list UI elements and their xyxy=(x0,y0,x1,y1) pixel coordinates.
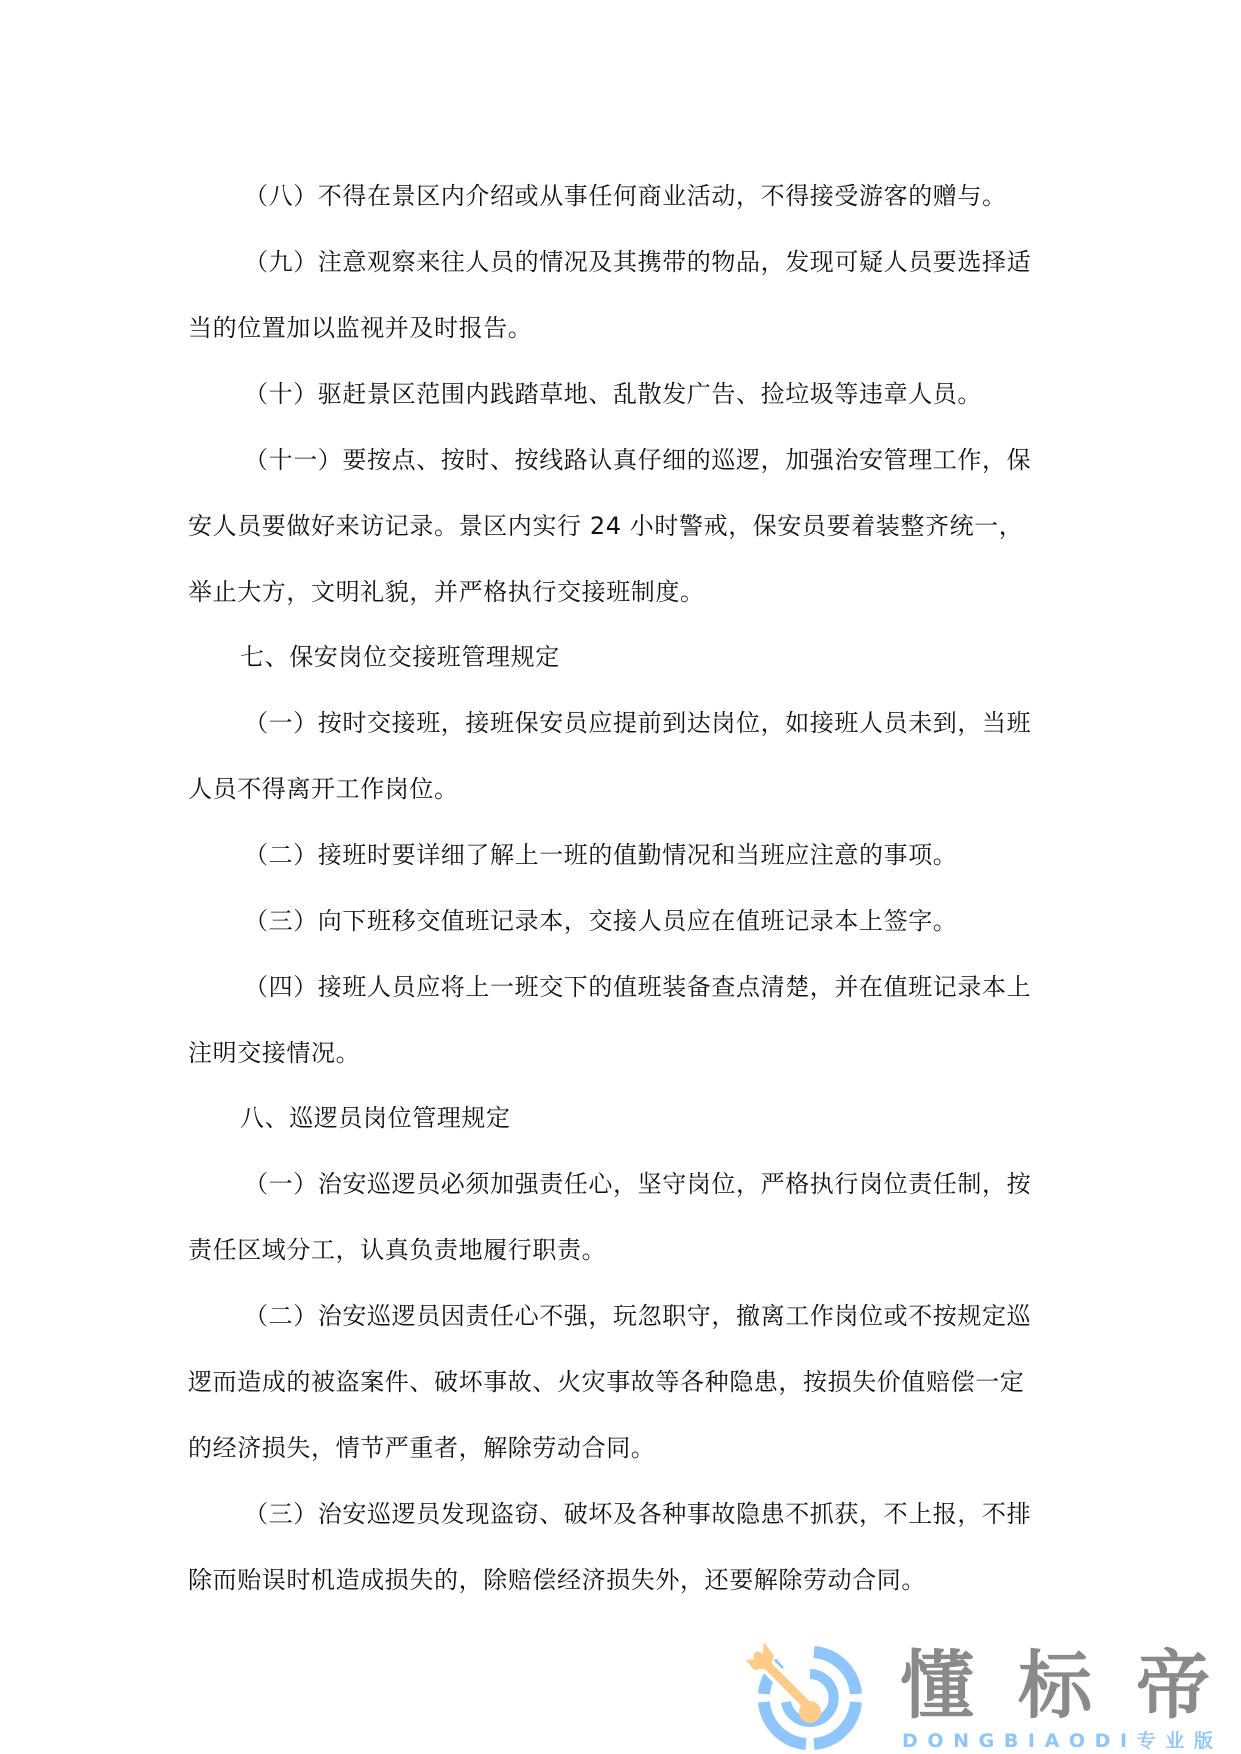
paragraph-line: 除而贻误时机造成损失的，除赔偿经济损失外，还要解除劳动合同。 xyxy=(188,1562,926,1598)
paragraph-line: （八）不得在景区内介绍或从事任何商业活动，不得接受游客的赠与。 xyxy=(244,178,1007,214)
section-heading: 八、巡逻员岗位管理规定 xyxy=(240,1100,511,1136)
paragraph-line: （三）治安巡逻员发现盗窃、破坏及各种事故隐患不抓获，不上报，不排 xyxy=(244,1496,1031,1532)
brand-subtitle: DONGBIAODI专业版 xyxy=(902,1730,1207,1752)
watermark-logo: 懂 标 帝 DONGBIAODI专业版 xyxy=(740,1636,1220,1754)
paragraph-line: 责任区域分工，认真负责地履行职责。 xyxy=(188,1232,606,1268)
paragraph-line: 当的位置加以监视并及时报告。 xyxy=(188,310,532,346)
target-arrow-icon xyxy=(740,1636,870,1754)
brand-char: 懂 xyxy=(900,1646,974,1726)
paragraph-line: 人员不得离开工作岗位。 xyxy=(188,771,459,807)
paragraph-line: 举止大方，文明礼貌，并严格执行交接班制度。 xyxy=(188,574,705,610)
paragraph-line: 注明交接情况。 xyxy=(188,1035,360,1071)
paragraph-line: 逻而造成的被盗案件、破坏事故、火灾事故等各种隐患，按损失价值赔偿一定 xyxy=(188,1364,1024,1400)
paragraph-line: 的经济损失，情节严重者，解除劳动合同。 xyxy=(188,1430,655,1466)
paragraph-line: （三）向下班移交值班记录本，交接人员应在值班记录本上签字。 xyxy=(244,903,957,939)
paragraph-line: （一）按时交接班，接班保安员应提前到达岗位，如接班人员未到，当班 xyxy=(244,705,1031,741)
brand-char: 标 xyxy=(1018,1646,1092,1726)
paragraph-line: （九）注意观察来往人员的情况及其携带的物品，发现可疑人员要选择适 xyxy=(244,244,1031,280)
paragraph-line: （四）接班人员应将上一班交下的值班装备查点清楚，并在值班记录本上 xyxy=(244,969,1031,1005)
brand-char: 帝 xyxy=(1136,1646,1210,1726)
paragraph-line: 安人员要做好来访记录。景区内实行 24 小时警戒，保安员要着装整齐统一， xyxy=(188,508,1023,544)
paragraph-line: （十一）要按点、按时、按线路认真仔细的巡逻，加强治安管理工作，保 xyxy=(244,442,1031,478)
paragraph-line: （二）治安巡逻员因责任心不强，玩忽职守，撤离工作岗位或不按规定巡 xyxy=(244,1298,1031,1334)
brand-name: 懂 标 帝 xyxy=(900,1646,1210,1726)
paragraph-line: （十）驱赶景区范围内践踏草地、乱散发广告、捡垃圾等违章人员。 xyxy=(244,376,982,412)
section-heading: 七、保安岗位交接班管理规定 xyxy=(240,639,560,675)
paragraph-line: （二）接班时要详细了解上一班的值勤情况和当班应注意的事项。 xyxy=(244,837,957,873)
paragraph-line: （一）治安巡逻员必须加强责任心，坚守岗位，严格执行岗位责任制，按 xyxy=(244,1166,1031,1202)
